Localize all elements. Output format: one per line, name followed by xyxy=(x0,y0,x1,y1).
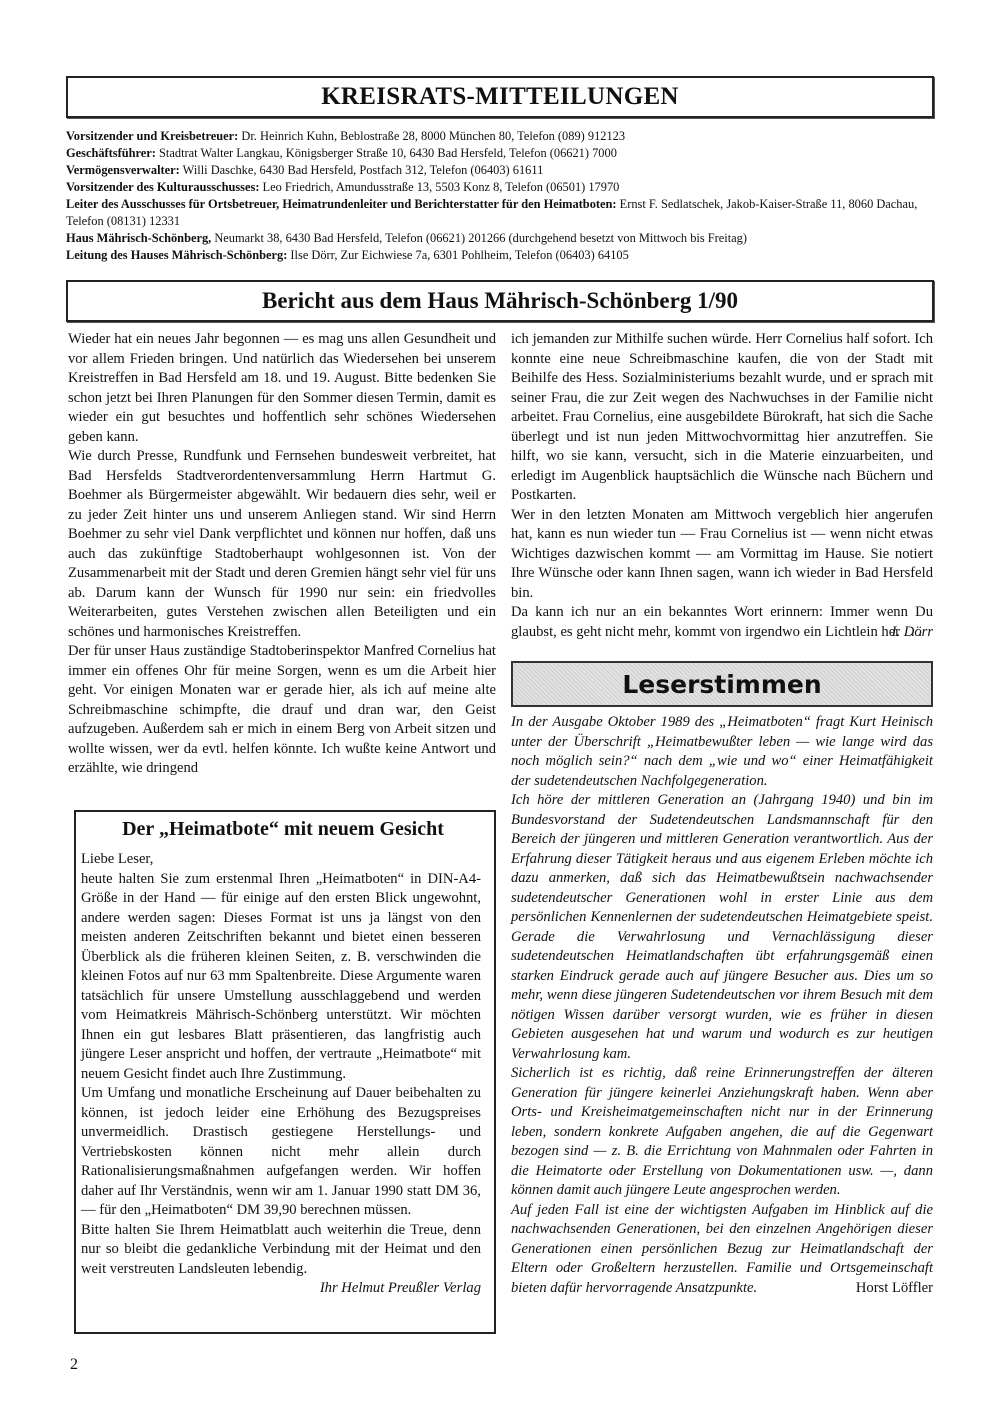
paragraph: Liebe Leser, xyxy=(81,850,481,870)
section-title-bericht: Bericht aus dem Haus Mährisch-Schönberg … xyxy=(66,280,934,322)
contact-item: Vorsitzender und Kreisbetreuer: Dr. Hein… xyxy=(66,128,936,145)
contact-label: Haus Mährisch-Schönberg, xyxy=(66,231,211,245)
contact-item: Haus Mährisch-Schönberg, Neumarkt 38, 64… xyxy=(66,230,936,247)
contact-text: Neumarkt 38, 6430 Bad Hersfeld, Telefon … xyxy=(211,231,747,245)
section-title-leserstimmen: Leserstimmen xyxy=(511,661,933,707)
contact-text: Willi Daschke, 6430 Bad Hersfeld, Postfa… xyxy=(180,163,544,177)
contact-label: Geschäftsführer: xyxy=(66,146,156,160)
paragraph: Ich höre der mittleren Generation an (Ja… xyxy=(511,791,933,1064)
section-title-kreisrats: KREISRATS-MITTEILUNGEN xyxy=(66,76,934,118)
paragraph: Bitte halten Sie Ihrem Heimatblatt auch … xyxy=(81,1221,481,1280)
contact-text: Dr. Heinrich Kuhn, Beblostraße 28, 8000 … xyxy=(238,129,625,143)
bericht-column-left: Wieder hat ein neues Jahr begonnen — es … xyxy=(68,330,496,779)
contact-text: Ilse Dörr, Zur Eichwiese 7a, 6301 Pohlhe… xyxy=(287,248,629,262)
paragraph: ich jemanden zur Mithilfe suchen würde. … xyxy=(511,330,933,506)
page-number: 2 xyxy=(70,1356,78,1374)
contact-item: Geschäftsführer: Stadtrat Walter Langkau… xyxy=(66,145,936,162)
paragraph: Wer in den letzten Monaten am Mittwoch v… xyxy=(511,506,933,604)
paragraph: Wie durch Presse, Rundfunk und Fernsehen… xyxy=(68,447,496,642)
contact-item: Leiter des Ausschusses für Ortsbetreuer,… xyxy=(66,196,936,230)
paragraph: Um Umfang und monatliche Erscheinung auf… xyxy=(81,1084,481,1221)
paragraph: Sicherlich ist es richtig, daß reine Eri… xyxy=(511,1064,933,1201)
leserstimmen-body: In der Ausgabe Oktober 1989 des „Heimatb… xyxy=(511,713,933,1298)
bericht-column-right: ich jemanden zur Mithilfe suchen würde. … xyxy=(511,330,933,642)
contact-label: Vermögensverwalter: xyxy=(66,163,180,177)
contact-list: Vorsitzender und Kreisbetreuer: Dr. Hein… xyxy=(66,128,936,264)
paragraph: heute halten Sie zum erstenmal Ihren „He… xyxy=(81,870,481,1085)
heimatbote-body: Liebe Leser, heute halten Sie zum ersten… xyxy=(81,850,481,1299)
contact-label: Vorsitzender und Kreisbetreuer: xyxy=(66,129,238,143)
contact-item: Vorsitzender des Kulturausschusses: Leo … xyxy=(66,179,936,196)
heimatbote-title: Der „Heimatbote“ mit neuem Gesicht xyxy=(74,818,492,841)
paragraph: Der für unser Haus zuständige Stadtoberi… xyxy=(68,642,496,779)
paragraph: Wieder hat ein neues Jahr begonnen — es … xyxy=(68,330,496,447)
contact-text: Stadtrat Walter Langkau, Königsberger St… xyxy=(156,146,617,160)
contact-text: Leo Friedrich, Amundusstraße 13, 5503 Ko… xyxy=(259,180,619,194)
contact-item: Leitung des Hauses Mährisch-Schönberg: I… xyxy=(66,247,936,264)
contact-label: Vorsitzender des Kulturausschusses: xyxy=(66,180,259,194)
paragraph: In der Ausgabe Oktober 1989 des „Heimatb… xyxy=(511,713,933,791)
paragraph: Da kann ich nur an ein bekanntes Wort er… xyxy=(511,603,933,642)
heimatbote-signature: Ihr Helmut Preußler Verlag xyxy=(81,1279,481,1299)
contact-item: Vermögensverwalter: Willi Daschke, 6430 … xyxy=(66,162,936,179)
contact-label: Leiter des Ausschusses für Ortsbetreuer,… xyxy=(66,197,617,211)
contact-label: Leitung des Hauses Mährisch-Schönberg: xyxy=(66,248,287,262)
